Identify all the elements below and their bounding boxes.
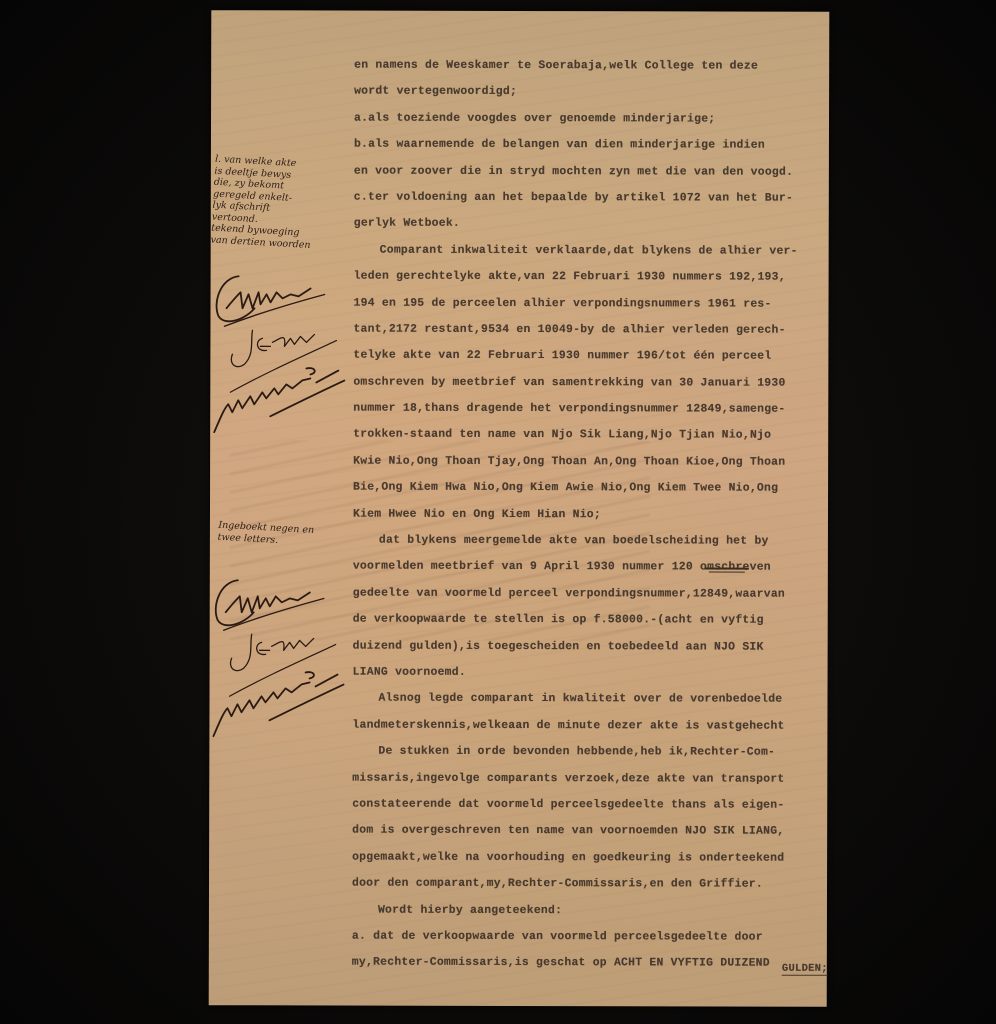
typed-line: tant,2172 restant,9534 en 10049-by de al… [353,316,823,344]
typed-line: dom is overgeschreven ten name van voorn… [352,818,822,846]
typed-line: en voor zoover die in stryd mochten zyn … [354,158,824,186]
typed-line: leden gerechtelyke akte,van 22 Februari … [354,264,824,292]
typed-line: en namens de Weeskamer te Soerabaja,welk… [354,53,824,81]
typed-line: LIANG voornoemd. [353,660,823,688]
typed-line: Bie,Ong Kiem Hwa Nio,Ong Kiem Awie Nio,O… [353,475,823,503]
typed-line: Comparant inkwaliteit verklaarde,dat bly… [354,237,824,265]
typed-line: telyke akte van 22 Februari 1930 nummer … [353,343,823,371]
margin-annotation-1: l. van welke akte is deeltje bewys die, … [210,154,315,251]
typed-line: omschreven by meetbrief van samentrekkin… [353,369,823,397]
typed-line: gerlyk Wetboek. [354,211,824,239]
typed-line: De stukken in orde bevonden hebbende,heb… [352,739,822,767]
typed-line: dat blykens meergemelde akte van boedels… [353,528,823,556]
document-page: l. van welke akte is deeltje bewys die, … [209,10,830,1007]
signature-group-2 [209,572,349,742]
handwritten-underline [709,571,745,572]
typed-line: Kwie Nio,Ong Thoan Tjay,Ong Thoan An,Ong… [353,448,823,476]
left-margin: l. van welke akte is deeltje bewys die, … [209,10,352,1005]
signature-strokes-icon [210,268,350,438]
typed-line: door den comparant,my,Rechter-Commissari… [352,871,822,899]
typed-line: nummer 18,thans dragende het verpondings… [353,396,823,424]
typed-line: opgemaakt,welke na voorhouding en goedke… [352,844,822,872]
typed-line: missaris,ingevolge comparants verzoek,de… [352,765,822,793]
typed-line: 194 en 195 de perceelen alhier verpondin… [354,290,824,318]
typed-line: b.als waarnemende de belangen van dien m… [354,132,824,160]
typed-line: voormelden meetbrief van 9 April 1930 nu… [353,554,823,582]
typed-line: Alsnog legde comparant in kwaliteit over… [352,686,822,714]
typed-line: landmeterskennis,welkeaan de minute deze… [352,712,822,740]
typed-line: duizend gulden),is toegescheiden en toeb… [353,633,823,661]
typed-line: wordt vertegenwoordigd; [354,79,824,107]
typed-line: a.als toeziende voogdes over genoemde mi… [354,105,824,133]
typed-line: gedeelte van voormeld perceel verponding… [353,580,823,608]
handwritten-underline [705,567,749,569]
typed-line: c.ter voldoening aan het bepaalde by art… [354,185,824,213]
typed-line: Kiem Hwee Nio en Ong Kiem Hian Nio; [353,501,823,529]
typed-line: my,Rechter-Commissaris,is geschat op ACH… [352,950,822,978]
typed-line: de verkoopwaarde te stellen is op f.5800… [353,607,823,635]
typed-final-word: GULDEN; [782,963,828,976]
typed-line: Wordt hierby aangeteekend: [352,897,822,925]
typed-line: a. dat de verkoopwaarde van voormeld per… [352,923,822,951]
typewritten-body: en namens de Weeskamer te Soerabaja,welk… [352,53,824,978]
typed-line: constateerende dat voormeld perceelsgede… [352,792,822,820]
margin-annotation-2: Ingeboekt negen en twee letters. [217,520,314,548]
signature-strokes-icon [209,572,349,742]
typed-line: trokken-staand ten name van Njo Sik Lian… [353,422,823,450]
signature-group-1 [210,268,350,438]
